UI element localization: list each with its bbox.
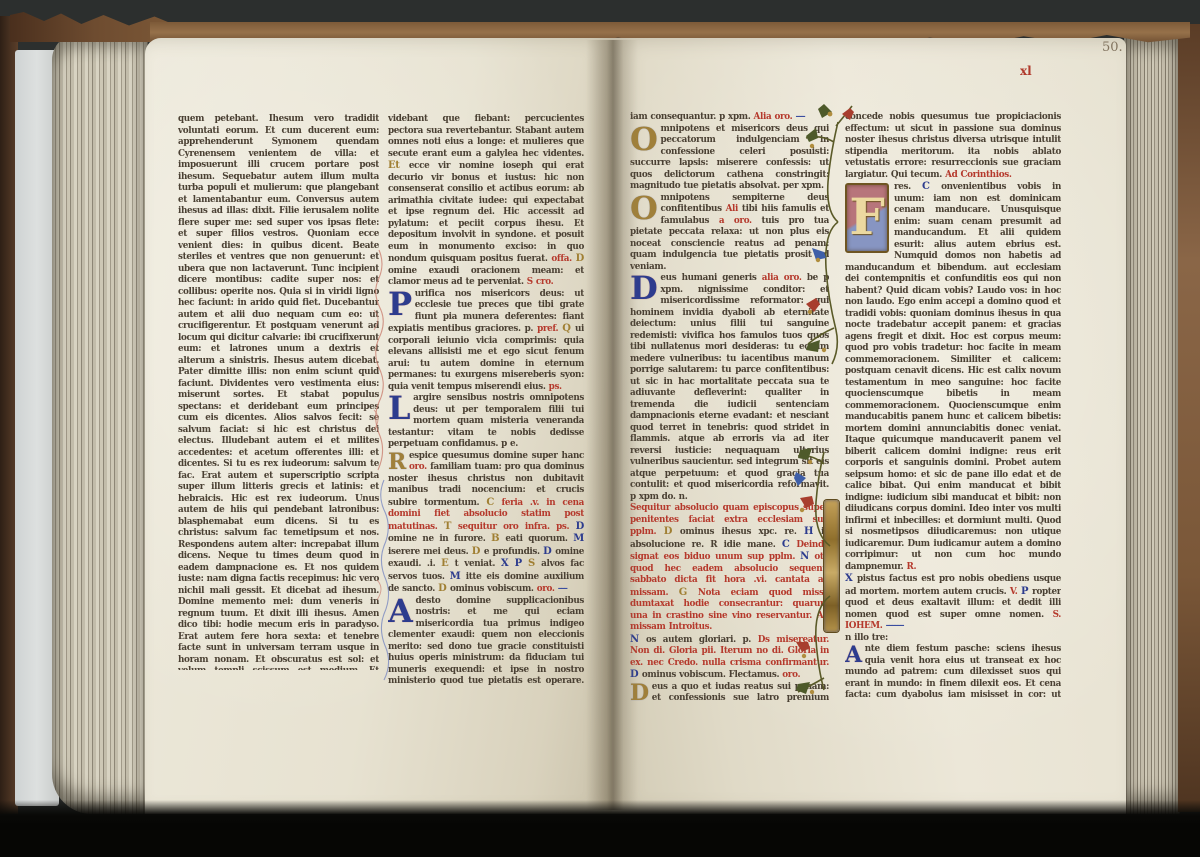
body-text: ecce vir nomine ioseph qui erat decurio … [388, 161, 584, 264]
bottom-shadow [0, 800, 1200, 857]
body-text: iam consequantur. p xpm. [630, 112, 754, 122]
body-text: quem petebant. Ihesum vero tradidit volu… [178, 114, 379, 504]
left-page-edges [52, 34, 148, 814]
body-text: –––––– [886, 621, 903, 631]
rubric-text: V. [1010, 587, 1021, 597]
text-block: X pistus factus est pro nobis obediens u… [845, 573, 1061, 633]
illuminated-initial-a: A [845, 645, 862, 665]
ivy-border-decoration-bottom [794, 446, 844, 696]
body-text: D [664, 526, 680, 537]
body-text: ominus ihesus xpc. re. [680, 527, 804, 537]
body-text: Unus autem de hiis qui pendebant latroni… [178, 494, 379, 671]
left-column-2: videbant que fiebant: percucientes pecto… [388, 114, 584, 686]
text-block: Largire sensibus nostris omnipotens deus… [388, 393, 584, 451]
body-text: espice quesumus domine super hanc [409, 451, 584, 461]
body-text: E [441, 558, 455, 569]
rubric-text: ps. [556, 522, 576, 532]
body-text: D [576, 253, 584, 264]
right-page: 50. xl iam consequantur. p xpm. Alia oro… [612, 38, 1126, 814]
body-text: eus humani generis [660, 273, 761, 283]
text-block: Ante diem festum pasche: sciens ihesus q… [845, 644, 1061, 700]
text-block: Omnipotens sempiterne deus confitentibus… [630, 193, 829, 274]
right-column-2: concede nobis quesumus tue propiciacioni… [845, 112, 1061, 700]
body-text: nte diem festum pasche: sciens ihesus qu… [845, 644, 1061, 700]
body-text: n illo tre: [845, 633, 888, 643]
gutter-shadow [586, 40, 638, 810]
rubric-text: Ad Corinthios. [945, 170, 1011, 180]
rubric-text: offa. [551, 254, 575, 264]
rubric-text: sequitur oro infra. [458, 522, 556, 532]
body-text: P [1021, 586, 1032, 597]
body-text: P [515, 558, 528, 569]
body-text: e profundis. [484, 547, 543, 557]
body-text: mnipotens et misericors deus qui peccato… [630, 124, 829, 192]
right-page-edges [1124, 34, 1180, 814]
body-text: videbant que fiebant: percucientes pecto… [388, 114, 584, 159]
body-text: B [491, 533, 505, 544]
body-text: M [450, 571, 466, 582]
text-block: iam consequantur. p xpm. Alia oro. ––– [630, 112, 829, 124]
body-text: iserere mei deus. [388, 547, 472, 557]
rubric-text: R. [907, 562, 917, 572]
body-text: S [528, 558, 541, 569]
text-block: Omnipotens et misericors deus qui peccat… [630, 124, 829, 193]
ivy-border-decoration-top [804, 102, 854, 352]
body-text: X [501, 558, 515, 569]
rubric-text: oro. [409, 462, 430, 472]
text-block: Purifica nos misericors deus: ut ecclesi… [388, 289, 584, 394]
rubric-text: Alia oro. [754, 112, 796, 122]
body-text: desto domine supplicacionibus nostris: e… [388, 596, 584, 687]
body-text: omine exaudi oracionem meam: et clamor m… [388, 266, 584, 288]
rubric-text: pref. [537, 324, 562, 334]
body-text: D [438, 583, 450, 594]
text-block: Respice quesumus domine super hanc oro. … [388, 451, 584, 596]
illuminated-initial-p: P [388, 290, 412, 319]
body-text: Et [388, 160, 409, 171]
rubric-text: Ali [726, 204, 742, 214]
body-text: X [845, 573, 857, 584]
body-text: C [486, 497, 501, 508]
illuminated-initial-a: A [388, 597, 412, 626]
body-text: C [922, 181, 941, 192]
rubric-text: ps. [549, 382, 562, 392]
rubric-text: alia oro. [762, 273, 807, 283]
body-text: eati quorum. [505, 534, 573, 544]
body-text: omine ne in furore. [388, 534, 491, 544]
manuscript-photo: quem petebant. Ihesum vero tradidit volu… [0, 0, 1200, 857]
body-text: D [472, 546, 484, 557]
body-text: Q [562, 323, 575, 334]
text-block: concede nobis quesumus tue propiciacioni… [845, 112, 1061, 181]
body-text: ominus vobiscum. Flectamus. [642, 670, 782, 680]
body-text: t veniat. [455, 559, 501, 569]
body-text: os autem gloriari. p. [646, 635, 758, 645]
body-text: G [679, 587, 698, 598]
body-text: ominus vobiscum. [450, 584, 537, 594]
body-text: res. [894, 182, 922, 192]
body-text: argire sensibus nostris omnipotens deus:… [388, 393, 584, 449]
rubric-text: S cro. [527, 277, 553, 287]
body-text: ––– [558, 584, 567, 594]
text-block: n illo tre: [845, 633, 1061, 645]
text-block: Fres. C onvenientibus vobis in unum: iam… [845, 181, 1061, 573]
text-block: Adesto domine supplicacionibus nostris: … [388, 596, 584, 687]
body-text: D [543, 546, 555, 557]
left-column-1: quem petebant. Ihesum vero tradidit volu… [178, 114, 379, 670]
folio-number: 50. [1102, 40, 1123, 55]
body-text: D [576, 521, 584, 532]
body-text: ––– [795, 112, 804, 122]
text-block: quem petebant. Ihesum vero tradidit volu… [178, 114, 379, 670]
illuminated-initial-l: L [388, 394, 410, 423]
quire-signature: xl [1020, 64, 1032, 78]
body-text: M [573, 533, 584, 544]
rubric-text: a oro. [719, 216, 762, 226]
left-page: quem petebant. Ihesum vero tradidit volu… [145, 38, 612, 814]
rubric-text: oro. [537, 584, 558, 594]
text-block: videbant que fiebant: percucientes pecto… [388, 114, 584, 289]
right-cover-board [1178, 24, 1200, 812]
body-text: T [444, 521, 458, 532]
penwork-filigree-decoration [369, 250, 391, 702]
